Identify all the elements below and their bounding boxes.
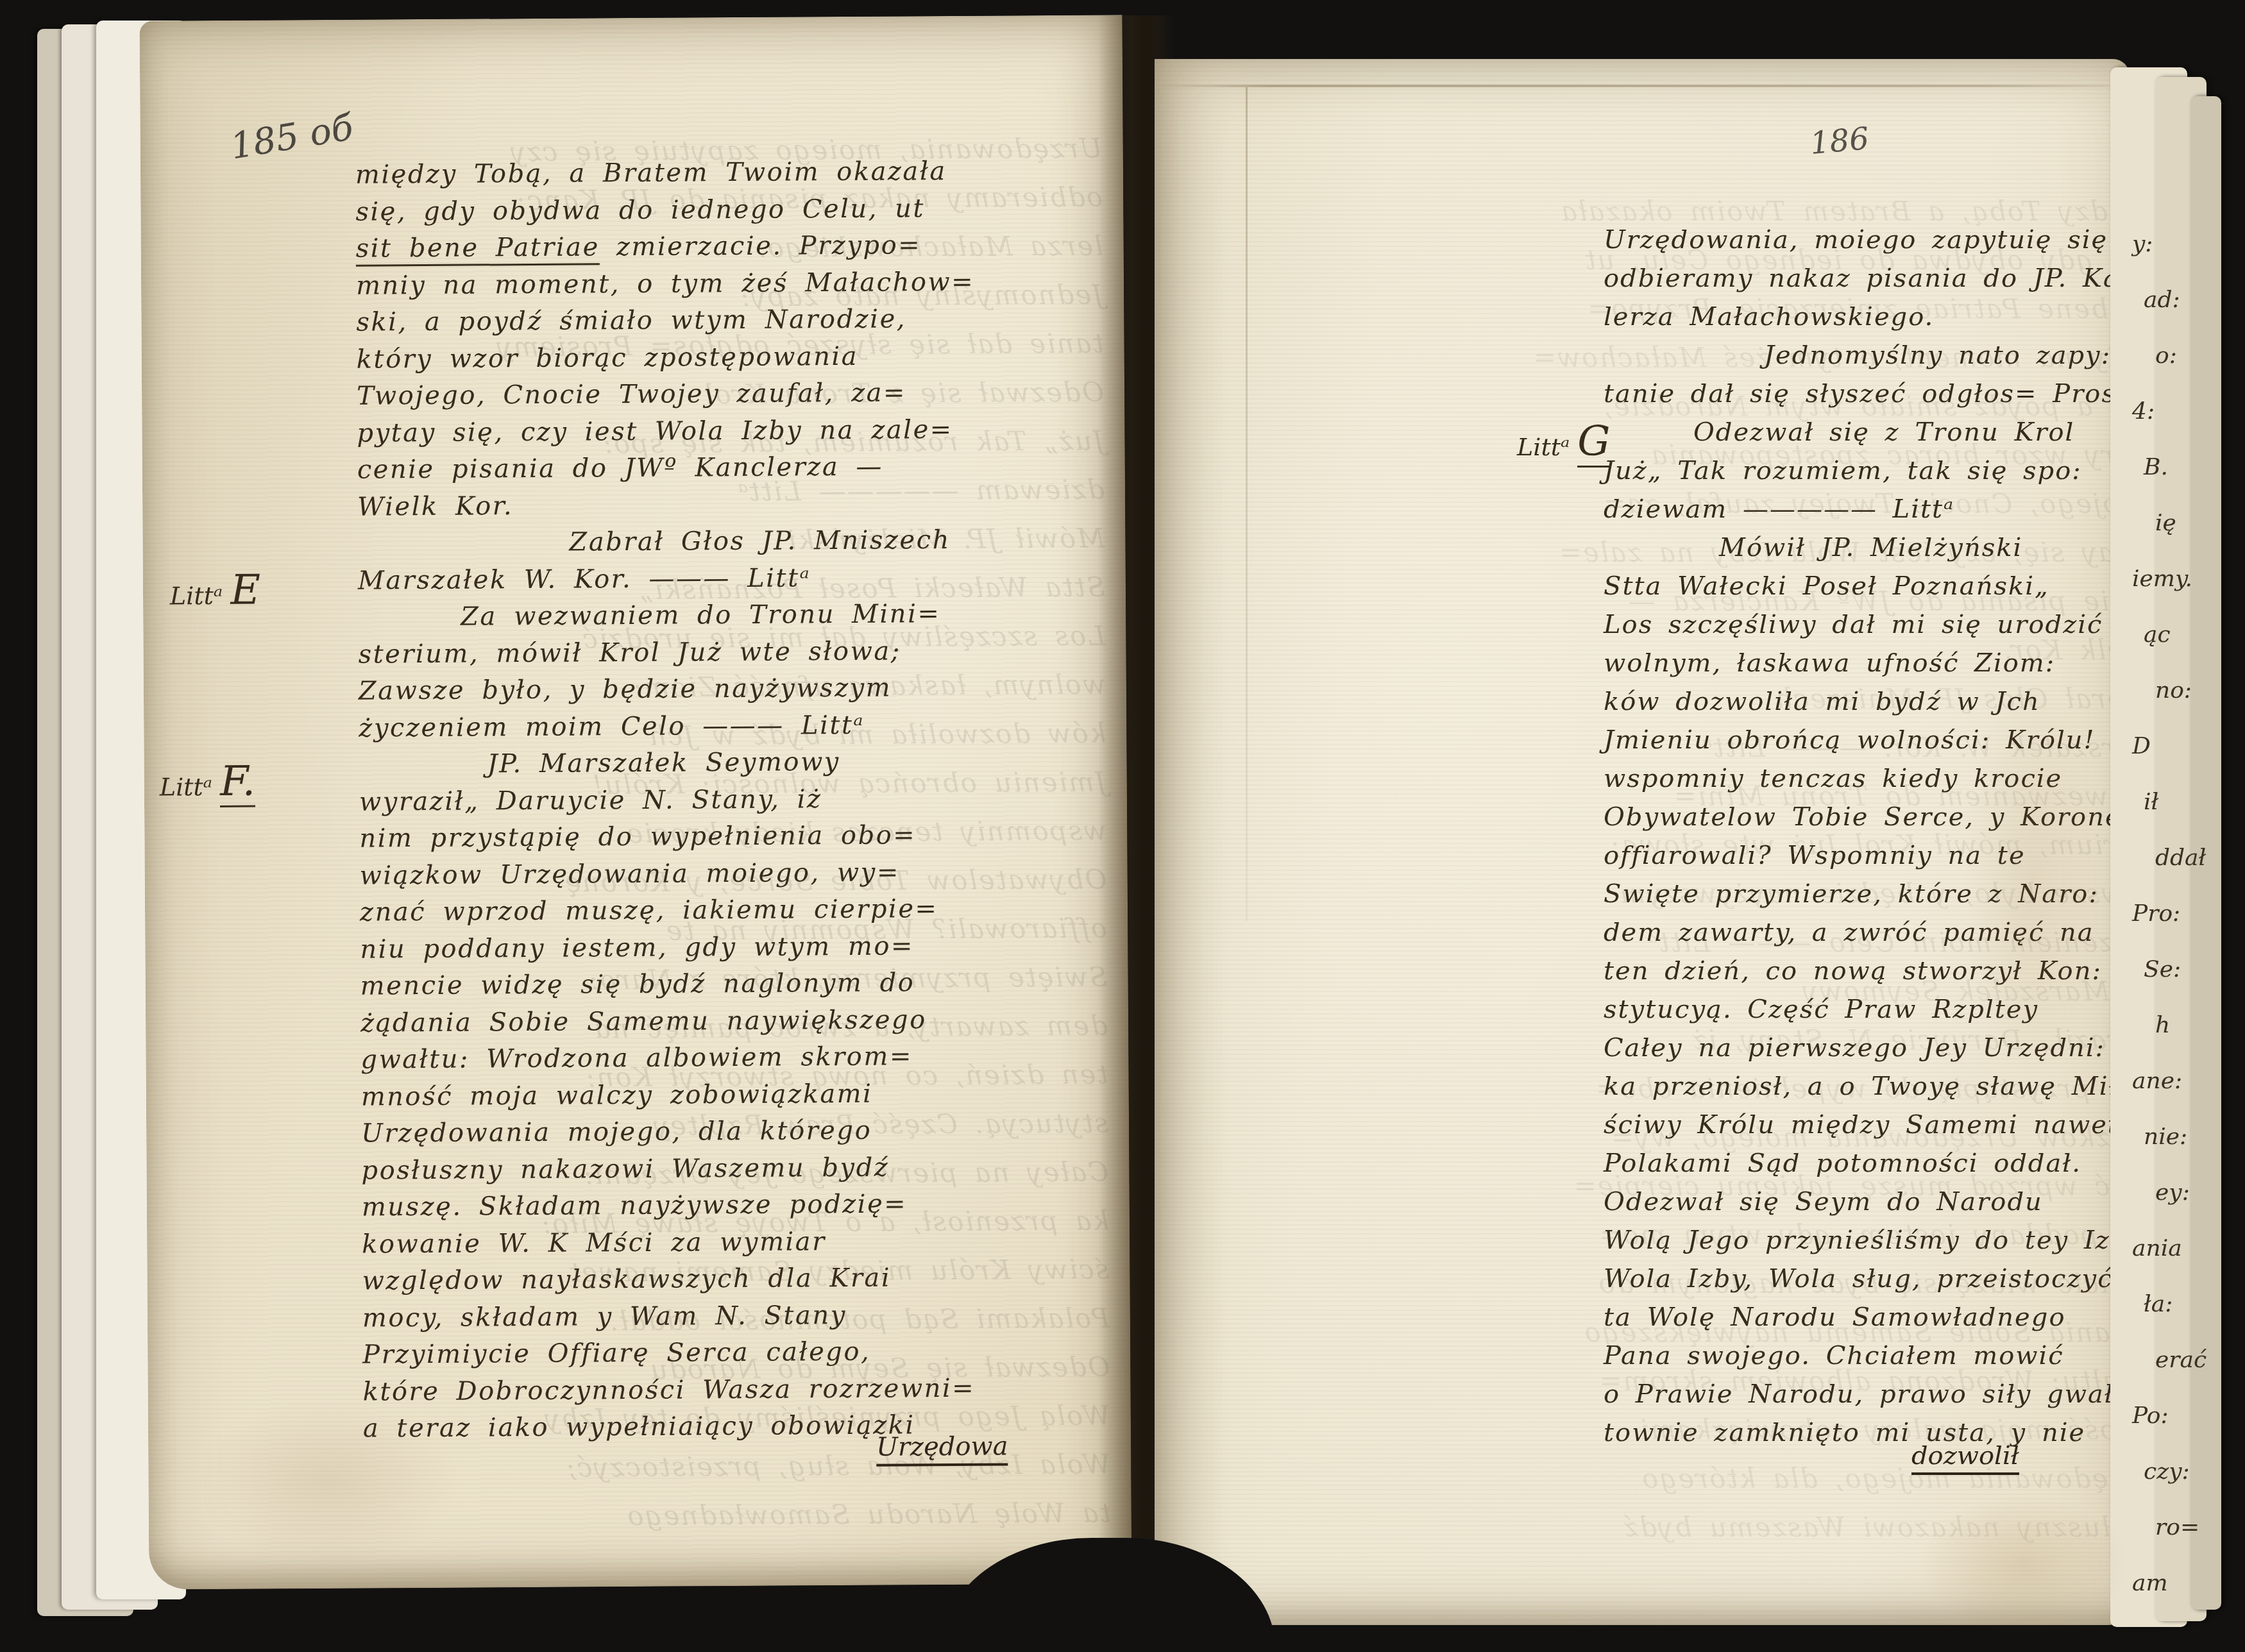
manuscript-line: gwałtu: Wrodzona albowiem skrom= xyxy=(360,1038,979,1079)
edge-text-fragment: czy: xyxy=(2144,1458,2190,1485)
manuscript-line: Jednomyślny nato zapy: xyxy=(1604,336,2130,375)
manuscript-line: żądania Sobie Samemu naywiększego xyxy=(360,1001,979,1041)
manuscript-line: Los szczęśliwy dał mi się urodzić xyxy=(1604,605,2130,644)
edge-text-fragment: ła: xyxy=(2144,1291,2173,1317)
manuscript-line: się, gdy obydwa do iednego Celu, ut xyxy=(355,190,974,230)
manuscript-line: dem zawarty, a zwróć pamięć na xyxy=(1604,913,2130,952)
manuscript-line: Marszałek W. Kor. ——— Littᵃ xyxy=(358,559,977,599)
edge-text-fragment: ania xyxy=(2132,1235,2182,1261)
manuscript-line: kowanie W. K Mści za wymiar xyxy=(362,1222,981,1263)
manuscript-line: lerza Małachowskiego. xyxy=(1604,298,2130,336)
manuscript-line: Wola Izby, Wola sług, przeistoczyć; xyxy=(1604,1260,2130,1298)
left-page-text: między Tobą, a Bratem Twoim okazałasię, … xyxy=(355,153,982,1447)
manuscript-line: Wolą Jego przynieśliśmy do tey Izby, xyxy=(1604,1221,2130,1260)
edge-text-fragment: 4: xyxy=(2132,398,2155,425)
left-page: Urzędowania, moiego zapytuię się czyodbi… xyxy=(140,15,1132,1589)
edge-text-fragment: ię xyxy=(2155,510,2176,536)
manuscript-line: Obywatelow Tobie Serce, y Koronę xyxy=(1604,798,2130,836)
manuscript-line: między Tobą, a Bratem Twoim okazała xyxy=(355,153,974,194)
edge-text-fragment: ane: xyxy=(2132,1068,2182,1094)
manuscript-line: o Prawie Narodu, prawo siły gwał= xyxy=(1604,1375,2130,1413)
edge-text-fragment: ey: xyxy=(2155,1179,2190,1206)
manuscript-line: względow nayłaskawszych dla Krai xyxy=(362,1260,981,1300)
edge-text-fragment: iemy. xyxy=(2132,566,2192,592)
fore-edge-fragments: y:ad:o:4:B.ięiemy.ącno:DiłddałPro:Se:han… xyxy=(2128,61,2231,1626)
manuscript-line: Za wezwaniem do Tronu Mini= xyxy=(358,596,977,636)
manuscript-line: nim przystąpię do wypełnienia obo= xyxy=(359,817,978,857)
edge-text-fragment: o: xyxy=(2155,342,2177,369)
manuscript-line: mniy na moment, o tym żeś Małachow= xyxy=(356,264,975,304)
manuscript-line: ta Wolę Narodu Samowładnego xyxy=(1604,1298,2130,1336)
edge-text-fragment: erać xyxy=(2155,1347,2207,1373)
manuscript-line: Odezwał się z Tronu Krol xyxy=(1604,413,2130,451)
manuscript-line: muszę. Składam nayżywsze podzię= xyxy=(362,1186,981,1226)
edge-text-fragment: ił xyxy=(2144,789,2158,815)
manuscript-line: ściwy Królu między Samemi nawet xyxy=(1604,1106,2130,1144)
manuscript-line: mocy, składam y Wam N. Stany xyxy=(362,1296,981,1336)
edge-text-fragment: ddał xyxy=(2155,845,2206,871)
manuscript-line: Odezwał się Seym do Narodu xyxy=(1604,1183,2130,1221)
manuscript-line: Przyimiycie Offiarę Serca całego, xyxy=(362,1333,981,1374)
manuscript-line: Wielk Kor. xyxy=(357,485,976,525)
manuscript-line: które Dobroczynności Wasza rozrzewni= xyxy=(362,1370,981,1410)
margin-note-litt-e: Littᵃ E xyxy=(170,567,260,615)
edge-text-fragment: ąc xyxy=(2144,621,2171,648)
manuscript-line: wiązkow Urzędowania moiego, wy= xyxy=(360,854,979,894)
manuscript-line: dziewam ————— Littᵃ xyxy=(1604,490,2130,528)
manuscript-line: mencie widzę się bydź naglonym do xyxy=(360,965,979,1005)
manuscript-line: ka przeniosł, a o Twoyę sławę Miło: xyxy=(1604,1067,2130,1106)
manuscript-line: JP. Marszałek Seymowy xyxy=(359,743,978,784)
folio-number-left: 185 об xyxy=(228,106,357,167)
edge-text-fragment: Pro: xyxy=(2132,900,2180,927)
manuscript-line: Polakami Sąd potomności oddał. xyxy=(1604,1144,2130,1183)
manuscript-line: wyraził„ Daruycie N. Stany, iż xyxy=(359,780,978,820)
manuscript-line: Mówił JP. Mielżyński xyxy=(1604,528,2130,567)
manuscript-line: Urzędowania mojego, dla którego xyxy=(361,1112,980,1152)
edge-text-fragment: Po: xyxy=(2132,1403,2169,1429)
inserted-sheet-side-edge xyxy=(1246,87,1248,921)
edge-text-fragment: y: xyxy=(2132,231,2153,257)
right-page-text: Urzędowania, moiego zapytuię się czyodbi… xyxy=(1604,221,2130,1452)
edge-text-fragment: am xyxy=(2132,1570,2168,1596)
edge-text-fragment: h xyxy=(2155,1012,2170,1038)
manuscript-line: znać wprzod muszę, iakiemu cierpie= xyxy=(360,891,979,931)
book-spread-photo: Urzędowania, moiego zapytuię się czyodbi… xyxy=(0,0,2245,1652)
inserted-sheet-top-edge xyxy=(1155,85,2130,87)
manuscript-line: Twojego, Cnocie Twojey zaufał, za= xyxy=(357,375,976,415)
manuscript-line: Jmieniu obrońcą wolności: Królu! xyxy=(1604,721,2130,759)
edge-text-fragment: ro= xyxy=(2155,1514,2199,1540)
manuscript-line: ski, a poydź śmiało wtym Narodzie, xyxy=(356,301,975,341)
manuscript-line: Zabrał Głos JP. Mniszech xyxy=(357,522,976,562)
manuscript-line: offiarowali? Wspomniy na te xyxy=(1604,836,2130,875)
manuscript-line: Całey na pierwszego Jey Urzędni: xyxy=(1604,1029,2130,1067)
manuscript-line: sterium, mówił Krol Już wte słowa; xyxy=(358,632,977,673)
manuscript-line: Urzędowania, moiego zapytuię się czy xyxy=(1604,221,2130,259)
manuscript-line: niu poddany iestem, gdy wtym mo= xyxy=(360,927,979,968)
manuscript-line: Już„ Tak rozumiem, tak się spo: xyxy=(1604,451,2130,490)
edge-text-fragment: B. xyxy=(2144,454,2168,480)
catchword-left: Urzędowa xyxy=(876,1431,1008,1466)
folio-number-right: 186 xyxy=(1809,121,1870,162)
manuscript-line: wspomniy tenczas kiedy krocie xyxy=(1604,759,2130,798)
catchword-right: dozwolił xyxy=(1911,1441,2019,1475)
manuscript-line: wolnym, łaskawa ufność Ziom: xyxy=(1604,644,2130,682)
manuscript-line: pytay się, czy iest Wola Izby na zale= xyxy=(357,411,976,451)
edge-text-fragment: nie: xyxy=(2144,1124,2187,1150)
manuscript-line: ków dozwoliła mi bydź w Jch xyxy=(1604,682,2130,721)
manuscript-line: cenie pisania do JWº Kanclerza — xyxy=(357,448,976,489)
bleedthrough-line: posłuszny nakazowi Waszemu bydź xyxy=(1212,1503,2130,1552)
edge-text-fragment: no: xyxy=(2155,677,2192,704)
manuscript-line: posłuszny nakazowi Waszemu bydź xyxy=(361,1149,980,1189)
edge-text-fragment: ad: xyxy=(2144,287,2180,313)
manuscript-line: Swięte przymierze, które z Naro: xyxy=(1604,875,2130,913)
manuscript-line: mność moja walczy zobowiązkami xyxy=(361,1075,980,1115)
margin-note-litt-f: Littᵃ F. xyxy=(160,758,256,806)
margin-note-litt-g: Littᵃ G xyxy=(1517,418,1610,466)
manuscript-line: townie zamknięto mi usta, y nie xyxy=(1604,1413,2130,1452)
manuscript-line: Stta Wałecki Poseł Poznański„ xyxy=(1604,567,2130,605)
manuscript-line: odbieramy nakaz pisania do JP. Kanc: xyxy=(1604,259,2130,298)
manuscript-line: stytucyą. Część Praw Rzpltey xyxy=(1604,990,2130,1029)
right-page: między Tobą, a Bratem Twoim okazałasię, … xyxy=(1155,59,2130,1625)
manuscript-line: Zawsze było, y będzie nayżywszym xyxy=(359,670,978,710)
edge-text-fragment: Se: xyxy=(2144,956,2181,982)
manuscript-line: Pana swojego. Chciałem mowić xyxy=(1604,1336,2130,1375)
manuscript-line: życzeniem moim Celo ——— Littᵃ xyxy=(359,706,978,746)
manuscript-line: który wzor biorąc zpostępowania xyxy=(357,337,976,378)
bleedthrough-line: ta Wolę Narodu Samowładnego xyxy=(162,1488,1111,1543)
manuscript-line: sit bene Patriae zmierzacie. Przypo= xyxy=(356,227,975,267)
manuscript-line: ten dzień, co nową stworzył Kon: xyxy=(1604,952,2130,990)
edge-text-fragment: D xyxy=(2132,733,2151,759)
manuscript-line: tanie dał się słyszeć odgłos= Prosiemy xyxy=(1604,375,2130,413)
